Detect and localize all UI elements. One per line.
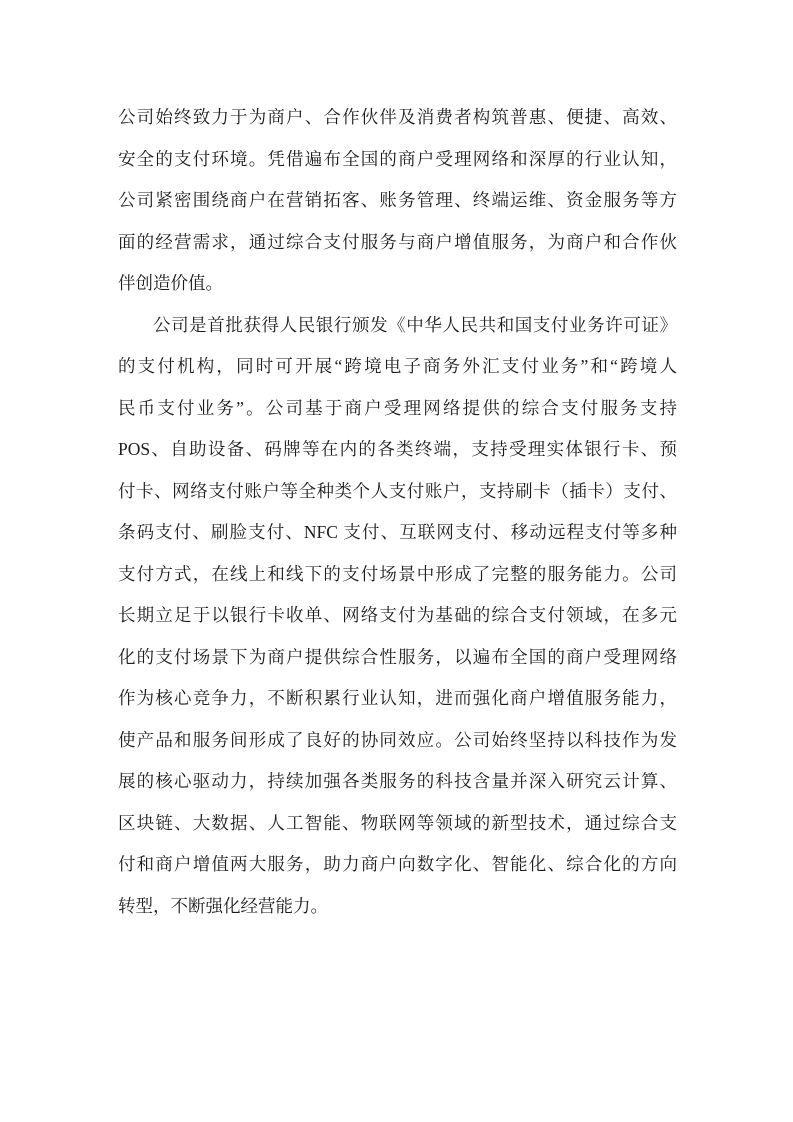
text-line: 付卡、网络支付账户等全种类个人支付账户，支持刷卡（插卡）支付、: [118, 471, 677, 513]
text-line: 条码支付、刷脸支付、NFC 支付、互联网支付、移动远程支付等多种: [118, 512, 677, 554]
document-page: 公司始终致力于为商户、合作伙伴及消费者构筑普惠、便捷、高效、 安全的支付环境。凭…: [0, 0, 793, 1122]
text-line: 支付方式，在线上和线下的支付场景中形成了完整的服务能力。公司: [118, 554, 677, 596]
text-line: 区块链、大数据、人工智能、物联网等领域的新型技术，通过综合支: [118, 803, 677, 845]
text-line: 伴创造价值。: [118, 263, 677, 305]
text-line: 转型，不断强化经营能力。: [118, 886, 677, 928]
text-line: 作为核心竞争力，不断积累行业认知，进而强化商户增值服务能力，: [118, 678, 677, 720]
paragraph-2: 公司是首批获得人民银行颁发《中华人民共和国支付业务许可证》 的支付机构，同时可开…: [118, 305, 677, 928]
text-line: 公司始终致力于为商户、合作伙伴及消费者构筑普惠、便捷、高效、: [118, 97, 677, 139]
text-line: 公司紧密围绕商户在营销拓客、账务管理、终端运维、资金服务等方: [118, 180, 677, 222]
text-block: 公司始终致力于为商户、合作伙伴及消费者构筑普惠、便捷、高效、 安全的支付环境。凭…: [118, 97, 677, 927]
text-line: 付和商户增值两大服务，助力商户向数字化、智能化、综合化的方向: [118, 844, 677, 886]
text-line: 使产品和服务间形成了良好的协同效应。公司始终坚持以科技作为发: [118, 720, 677, 762]
paragraph-1: 公司始终致力于为商户、合作伙伴及消费者构筑普惠、便捷、高效、 安全的支付环境。凭…: [118, 97, 677, 305]
text-line: 安全的支付环境。凭借遍布全国的商户受理网络和深厚的行业认知，: [118, 139, 677, 181]
text-line: 民币支付业务”。公司基于商户受理网络提供的综合支付服务支持: [118, 388, 677, 430]
text-line: 化的支付场景下为商户提供综合性服务，以遍布全国的商户受理网络: [118, 637, 677, 679]
text-line: 长期立足于以银行卡收单、网络支付为基础的综合支付领域，在多元: [118, 595, 677, 637]
text-line: 面的经营需求，通过综合支付服务与商户增值服务，为商户和合作伙: [118, 222, 677, 264]
text-line: POS、自助设备、码牌等在内的各类终端，支持受理实体银行卡、预: [118, 429, 677, 471]
text-line: 公司是首批获得人民银行颁发《中华人民共和国支付业务许可证》: [118, 305, 677, 347]
text-line: 的支付机构，同时可开展“跨境电子商务外汇支付业务”和“跨境人: [118, 346, 677, 388]
text-line: 展的核心驱动力，持续加强各类服务的科技含量并深入研究云计算、: [118, 761, 677, 803]
